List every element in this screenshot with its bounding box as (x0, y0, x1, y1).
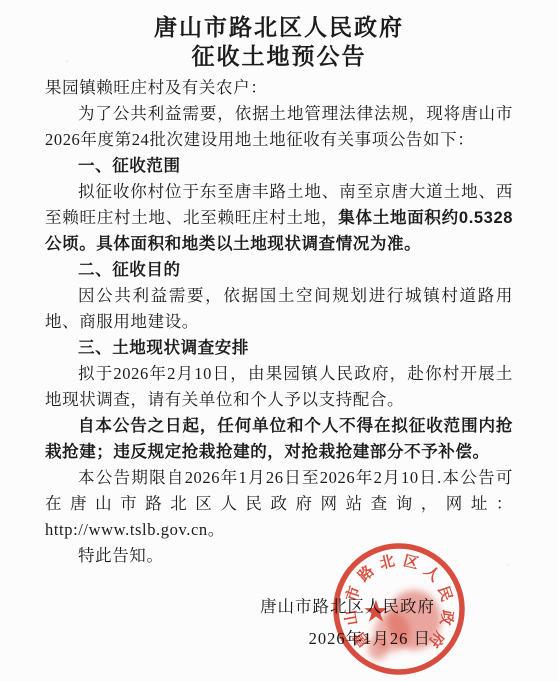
salutation: 果园镇赖旺庄村及有关农户： (45, 75, 513, 101)
notice-title: 唐山市路北区人民政府 征收土地预公告 (45, 13, 513, 71)
paragraph-intro: 为了公共利益需要，依据土地管理法律法规，现将唐山市2026年度第24批次建设用地… (45, 101, 513, 153)
warning-paragraph: 自本公告之日起，任何单位和个人不得在拟征收范围内抢栽抢建；违反规定抢栽抢建的，对… (45, 413, 513, 465)
section-1-heading: 一、征收范围 (45, 153, 513, 179)
notice-title-line1: 唐山市路北区人民政府 (45, 13, 513, 42)
section-2-heading: 二、征收目的 (45, 257, 513, 283)
section-2-paragraph: 因公共利益需要，依据国土空间规划进行城镇村道路用地、商服用地建设。 (45, 283, 513, 335)
section-3-paragraph: 拟于2026年2月10日，由果园镇人民政府，赴你村开展土地现状调查，请有关单位和… (45, 361, 513, 413)
signature-block: 唐山市路北区人民政府 2026年1月26 日 (45, 594, 513, 652)
notice-body: 果园镇赖旺庄村及有关农户： 为了公共利益需要，依据土地管理法律法规，现将唐山市2… (45, 75, 513, 569)
validity-paragraph: 本公告期限自2026年1月26日至2026年2月10日.本公告可在唐山市路北区人… (45, 465, 513, 543)
closing-statement: 特此告知。 (45, 543, 513, 569)
section-3-heading: 三、土地现状调查安排 (45, 335, 513, 361)
signature-issuer: 唐山市路北区人民政府 (45, 594, 435, 620)
section-1-paragraph: 拟征收你村位于东至唐丰路土地、南至京唐大道土地、西至赖旺庄村土地、北至赖旺庄村土… (45, 179, 513, 257)
notice-title-line2: 征收土地预公告 (45, 42, 513, 71)
notice-page: 唐山市路北区人民政府 征收土地预公告 果园镇赖旺庄村及有关农户： 为了公共利益需… (0, 0, 558, 681)
signature-date: 2026年1月26 日 (45, 626, 435, 652)
